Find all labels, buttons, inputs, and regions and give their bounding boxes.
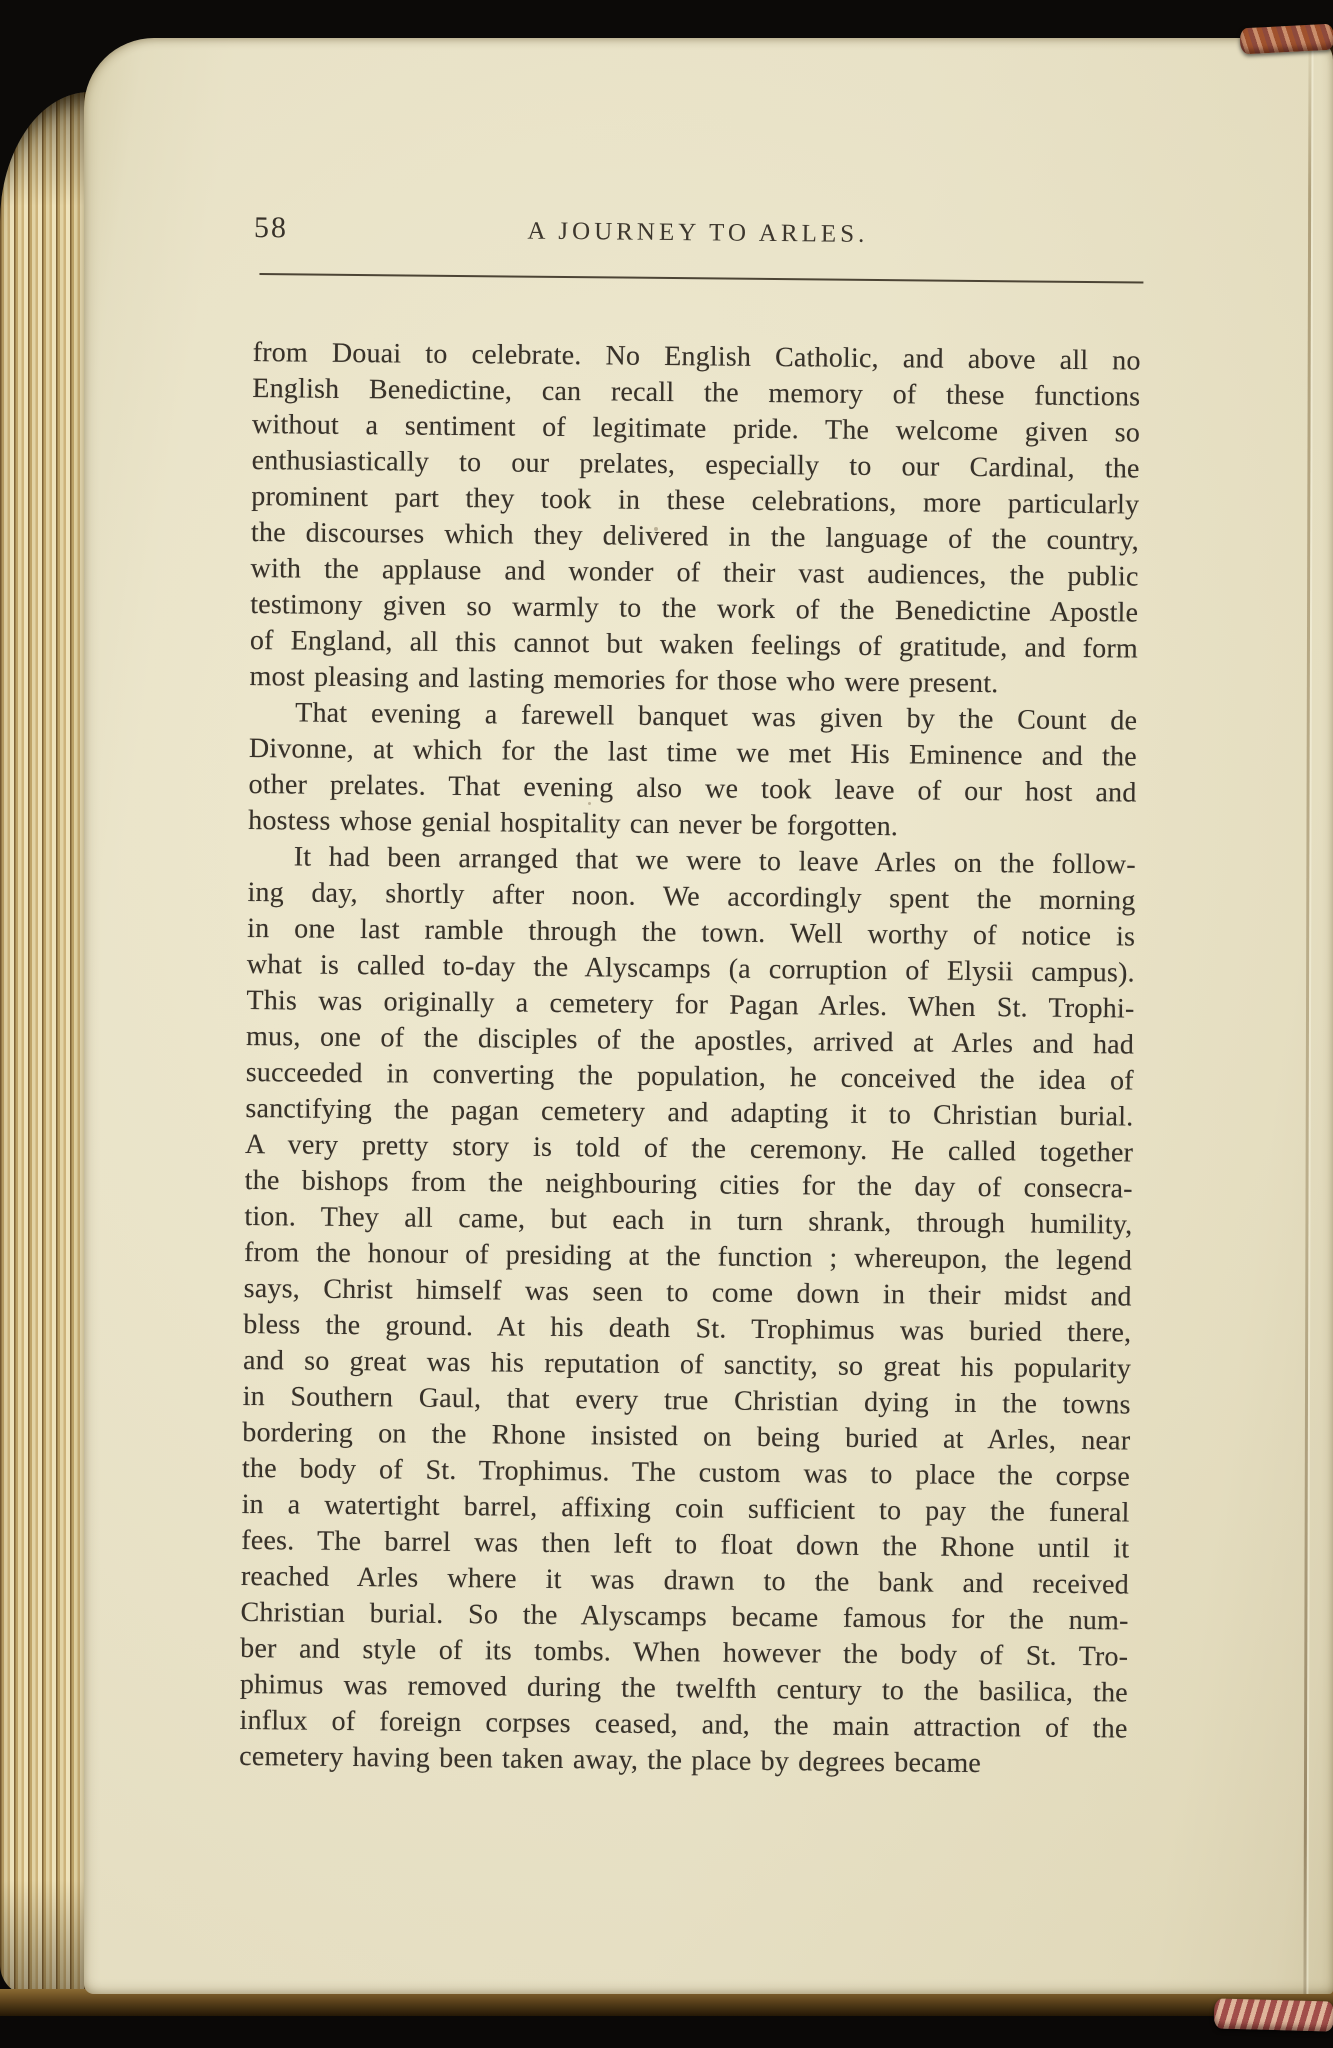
page-paper: 58 A JOURNEY TO ARLES. from Douai to cel…: [84, 38, 1333, 1994]
running-header: A JOURNEY TO ARLES.: [254, 215, 1142, 252]
headband: [1239, 24, 1333, 55]
paragraph: It had been arranged that we were to lea…: [239, 839, 1136, 1783]
header-rule: [259, 273, 1143, 283]
paragraph: from Douai to celebrate. No English Cath…: [249, 335, 1140, 704]
body-text: from Douai to celebrate. No English Cath…: [239, 335, 1141, 1783]
paragraph: That evening a farewell banquet was give…: [248, 695, 1137, 848]
printed-text-layer: 58 A JOURNEY TO ARLES. from Douai to cel…: [67, 36, 1333, 2004]
tailband: [1214, 1998, 1333, 2031]
scanned-book-photo: 58 A JOURNEY TO ARLES. from Douai to cel…: [0, 0, 1333, 2048]
